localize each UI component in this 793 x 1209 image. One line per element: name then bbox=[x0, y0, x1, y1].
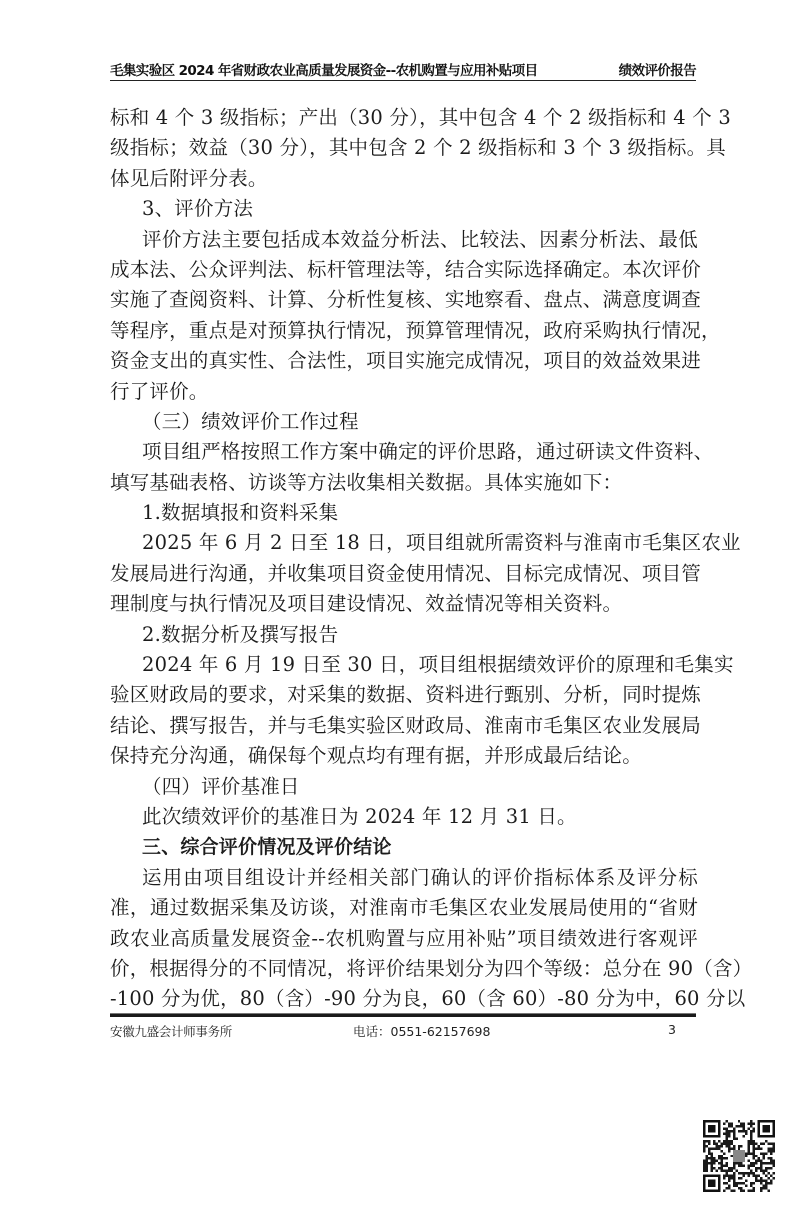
text-line: 验区财政局的要求，对采集的数据、资料进行甄别、分析，同时提炼 bbox=[110, 680, 698, 710]
footer-phone: 电话：0551-62157698 bbox=[353, 1022, 490, 1040]
header-report-type: 绩效评价报告 bbox=[619, 59, 696, 79]
text-line: （三）绩效评价工作过程 bbox=[110, 407, 698, 437]
text-line: 2024 年 6 月 19 日至 30 日，项目组根据绩效评价的原理和毛集实 bbox=[110, 650, 698, 680]
text-line: 成本法、公众评判法、标杆管理法等，结合实际选择确定。本次评价 bbox=[110, 255, 698, 285]
text-line: 资金支出的真实性、合法性，项目实施完成情况，项目的效益效果进 bbox=[110, 346, 698, 376]
text-line: 实施了查阅资料、计算、分析性复核、实地察看、盘点、满意度调查 bbox=[110, 285, 698, 315]
page-footer: 安徽九盛会计师事务所 电话：0551-62157698 3 bbox=[110, 1022, 696, 1040]
text-line: 保持充分沟通，确保每个观点均有理有据，并形成最后结论。 bbox=[110, 741, 698, 771]
text-line: 政农业高质量发展资金--农机购置与应用补贴”项目绩效进行客观评 bbox=[110, 924, 698, 954]
text-line: 运用由项目组设计并经相关部门确认的评价指标体系及评分标 bbox=[110, 863, 698, 893]
text-line: -100 分为优，80（含）-90 分为良，60（含 60）-80 分为中，60… bbox=[110, 984, 698, 1014]
text-line: 价，根据得分的不同情况，将评价结果划分为四个等级：总分在 90（含） bbox=[110, 954, 698, 984]
footer-divider bbox=[110, 1013, 696, 1017]
text-line: （四）评价基准日 bbox=[110, 772, 698, 802]
body-text: 标和 4 个 3 级指标；产出（30 分），其中包含 4 个 2 级指标和 4 … bbox=[110, 103, 698, 1015]
text-line: 填写基础表格、访谈等方法收集相关数据。具体实施如下： bbox=[110, 468, 698, 498]
header-title: 毛集实验区 2024 年省财政农业高质量发展资金--农机购置与应用补贴项目 bbox=[110, 59, 537, 79]
page-number: 3 bbox=[668, 1022, 676, 1037]
text-line: 标和 4 个 3 级指标；产出（30 分），其中包含 4 个 2 级指标和 4 … bbox=[110, 103, 698, 133]
text-line: 2.数据分析及撰写报告 bbox=[110, 620, 698, 650]
section-heading: 三、综合评价情况及评价结论 bbox=[110, 832, 698, 862]
text-line: 结论、撰写报告，并与毛集实验区财政局、淮南市毛集区农业发展局 bbox=[110, 711, 698, 741]
text-line: 评价方法主要包括成本效益分析法、比较法、因素分析法、最低 bbox=[110, 225, 698, 255]
text-line: 理制度与执行情况及项目建设情况、效益情况等相关资料。 bbox=[110, 589, 698, 619]
text-line: 此次绩效评价的基准日为 2024 年 12 月 31 日。 bbox=[110, 802, 698, 832]
text-line: 等程序，重点是对预算执行情况，预算管理情况，政府采购执行情况， bbox=[110, 316, 698, 346]
text-line: 体见后附评分表。 bbox=[110, 164, 698, 194]
footer-firm-name: 安徽九盛会计师事务所 bbox=[110, 1022, 232, 1040]
text-line: 发展局进行沟通，并收集项目资金使用情况、目标完成情况、项目管 bbox=[110, 559, 698, 589]
text-line: 级指标；效益（30 分），其中包含 2 个 2 级指标和 3 个 3 级指标。具 bbox=[110, 133, 698, 163]
page-header: 毛集实验区 2024 年省财政农业高质量发展资金--农机购置与应用补贴项目 绩效… bbox=[110, 57, 696, 81]
text-line: 项目组严格按照工作方案中确定的评价思路，通过研读文件资料、 bbox=[110, 437, 698, 467]
text-line: 准，通过数据采集及访谈，对淮南市毛集区农业发展局使用的“省财 bbox=[110, 893, 698, 923]
text-line: 3、评价方法 bbox=[110, 194, 698, 224]
text-line: 1.数据填报和资料采集 bbox=[110, 498, 698, 528]
qr-code-icon bbox=[703, 1120, 775, 1192]
text-line: 行了评价。 bbox=[110, 377, 698, 407]
text-line: 2025 年 6 月 2 日至 18 日，项目组就所需资料与淮南市毛集区农业 bbox=[110, 528, 698, 558]
